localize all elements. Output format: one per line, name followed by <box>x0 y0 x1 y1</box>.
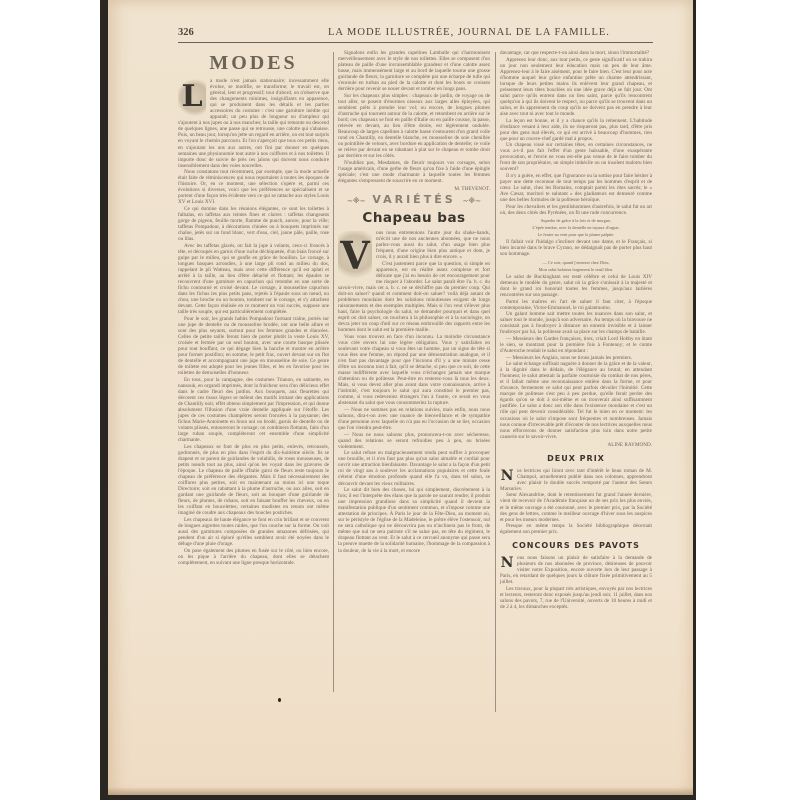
article-paragraph: Le salut dit bien des choses, lui qui si… <box>338 487 490 554</box>
header-rule <box>178 42 653 43</box>
article-paragraph: Un galant homme sait mettre toutes les n… <box>500 311 652 335</box>
article-paragraph: Signalons enfin les grandes capelines La… <box>338 50 490 92</box>
ink-spot <box>278 698 281 702</box>
initial-n-icon: N <box>500 556 514 570</box>
newspaper-page: 326 LA MODE ILLUSTRÉE, JOURNAL DE LA FAM… <box>108 0 693 795</box>
column-divider <box>333 52 334 692</box>
article-paragraph: Le salut échange suffisait naguère à don… <box>500 361 652 440</box>
column-varietes: Signalons enfin les grandes capelines La… <box>338 50 490 554</box>
varietes-label: VARIÉTÉS <box>372 193 455 206</box>
article-paragraph: os lectrices qui liront avec tant d'inté… <box>500 468 652 492</box>
article-paragraph: — Messieurs les Anglais, nous ne tirons … <box>500 355 652 361</box>
deux-prix-heading: DEUX PRIX <box>500 454 652 464</box>
article-paragraph: Les chapeaux de haute élégance se font e… <box>178 517 329 547</box>
article-paragraph: Pour les chevaliers et les gentilshommes… <box>500 204 652 216</box>
article-paragraph: Ce qui domine dans les réunions élégante… <box>178 206 329 242</box>
ornament-right-icon: ~※~ <box>462 197 481 205</box>
initial-n-icon: N <box>500 469 514 483</box>
article-paragraph: Il fallait voir l'hidalgo s'incliner dev… <box>500 239 652 257</box>
article-paragraph: — Messieurs des Gardes françaises, tirez… <box>500 336 652 354</box>
ornamental-initial-v-icon: V <box>338 231 372 281</box>
article-paragraph: Il n'y a guère, en effet, que l'ignoranc… <box>500 173 652 203</box>
article-paragraph: ous nous faisons un plaisir de satisfair… <box>500 555 652 585</box>
article-paragraph: Les chapeaux se font de plus en plus pet… <box>178 444 329 517</box>
column-divider <box>495 52 496 712</box>
article-paragraph: Le salut de Buckingham est resté célèbre… <box>500 274 652 298</box>
article-paragraph: Un chapeau vissé sur certaines têtes, en… <box>500 142 652 172</box>
verse-line: Mon salut balaiera largement le seuil bl… <box>500 267 652 272</box>
author-signature: M. THEVENOT. <box>338 186 490 192</box>
article-paragraph: Sœur Alexandrine, dont le retentissement… <box>500 492 652 522</box>
ornament-left-icon: ~※~ <box>347 197 366 205</box>
article-paragraph: Apprenez leur donc, aux tout petits, ce … <box>500 57 652 117</box>
article-paragraph: Le salut refuse ou malgracieusement rend… <box>338 450 490 486</box>
article-paragraph: La leçon est bonne, et il y a chance qu'… <box>500 118 652 142</box>
page-number: 326 <box>178 27 194 38</box>
ornamental-initial-l-icon: L <box>178 79 206 116</box>
column-modes: MODES L a mode n'est jamais stationnaire… <box>178 50 329 566</box>
verse-line: — Ce soir, quand j'entrerai chez Dieu, <box>500 260 652 265</box>
verse-line: Superbe de grâce à la fois et de morgue, <box>500 218 652 223</box>
article-paragraph: Parmi les maîtres en l'art de saluer il … <box>500 299 652 311</box>
article-paragraph: Nous constatons tout récemment, par exem… <box>178 169 329 205</box>
running-head: 326 LA MODE ILLUSTRÉE, JOURNAL DE LA FAM… <box>178 27 653 41</box>
author-signature: ALINE RAYMOND. <box>500 442 652 448</box>
article-paragraph: Sur les chapeaux plus simples : chapeaux… <box>338 93 490 160</box>
article-paragraph: Avec les taffetas glacés, on fait la jup… <box>178 243 329 316</box>
article-paragraph: Vous vous trouvez en face d'un inconnu. … <box>338 334 490 407</box>
article-title: Chapeau bas <box>338 211 490 226</box>
article-paragraph: — Nous ne sommes pas en relations suivie… <box>338 407 490 431</box>
article-paragraph: — Nous ne nous saluons plus, prononcera-… <box>338 432 490 450</box>
article-paragraph: En tous, pour la campagne, des costumes … <box>178 377 329 444</box>
modes-heading: MODES <box>178 52 329 74</box>
varietes-heading: ~※~ VARIÉTÉS ~※~ <box>338 194 490 207</box>
concours-heading: CONCOURS DES PAVOTS <box>500 541 652 551</box>
article-paragraph: davantage, car que respecte-t-on ainsi d… <box>500 50 652 56</box>
verse-line: Le feutre au vent pour que la plume palp… <box>500 232 652 237</box>
article-paragraph: Pour le soir, les grands habits Pompadou… <box>178 316 329 376</box>
article-paragraph: On pose également des plumes en fusée su… <box>178 548 329 566</box>
article-paragraph: N'oubliez pas, Mesdames, de fleurir touj… <box>338 160 490 184</box>
article-paragraph: Presque en même temps la Société bibliog… <box>500 523 652 535</box>
verse-line: L'épée tendue, avec la dentelle en tuyau… <box>500 225 652 230</box>
column-continued: davantage, car que respecte-t-on ainsi d… <box>500 50 652 611</box>
page-edge-shadow <box>108 787 693 795</box>
article-paragraph: Les travaux, pour la plupart très artist… <box>500 586 652 610</box>
journal-title: LA MODE ILLUSTRÉE, JOURNAL DE LA FAMILLE… <box>328 27 610 38</box>
